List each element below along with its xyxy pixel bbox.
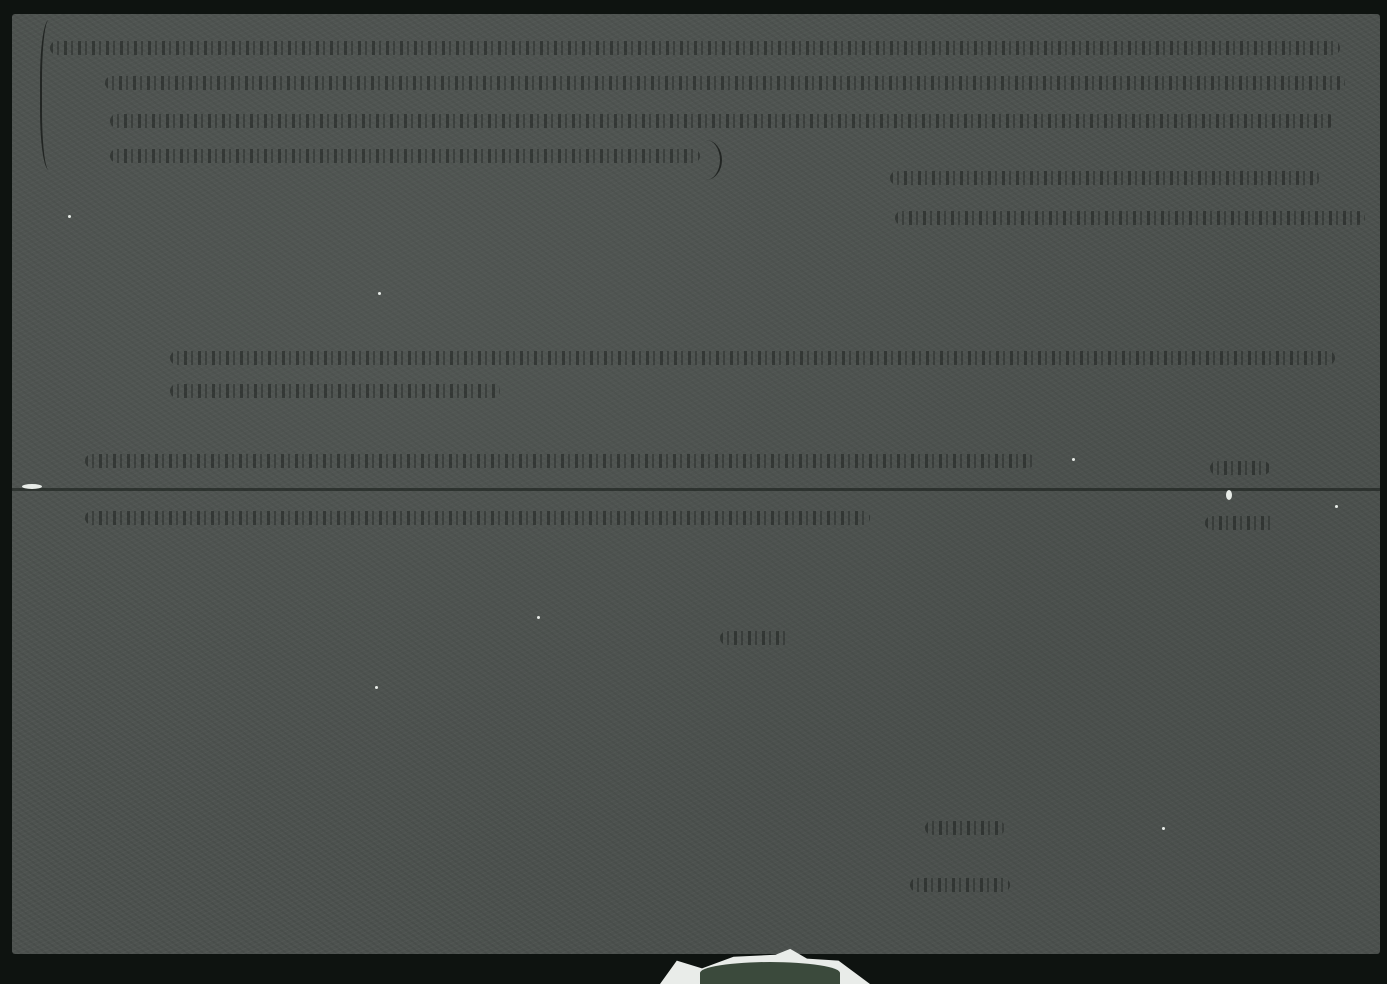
dust-speck	[1072, 458, 1075, 461]
handwritten-line-para-1: [handwritten line 3]	[110, 108, 1335, 134]
handwritten-line-faint-signature: [faint mark]	[720, 625, 790, 651]
dust-speck	[1162, 827, 1165, 830]
handwritten-line-faint-signature: [faint line]	[925, 815, 1005, 841]
light-spot	[22, 484, 42, 489]
handwritten-line-margin-marks: [marks]	[1210, 455, 1270, 481]
light-spot	[1226, 490, 1232, 500]
dust-speck	[1335, 505, 1338, 508]
dust-speck	[375, 686, 378, 689]
handwritten-line-para-1: [handwritten line 1]	[50, 35, 1340, 61]
handwritten-line-para-2: [handwritten line]	[170, 345, 1335, 371]
handwritten-line-para-1: [handwritten line 4]	[110, 143, 700, 169]
handwritten-line-para-2: [handwritten line]	[170, 378, 500, 404]
handwritten-line-right-note: [handwritten note line 1]	[890, 165, 1320, 191]
handwritten-line-para-4: [handwritten line]	[85, 505, 870, 531]
dust-speck	[68, 215, 71, 218]
fold-crease	[12, 488, 1380, 491]
handwritten-line-faint-signature: [faint line]	[910, 872, 1010, 898]
handwritten-line-para-3: [handwritten line]	[85, 448, 1035, 474]
handwritten-line-margin-marks: [marks]	[1205, 510, 1275, 536]
dust-speck	[378, 292, 381, 295]
handwritten-line-right-note: [handwritten note line 2]	[895, 205, 1365, 231]
dust-speck	[537, 616, 540, 619]
background-foliage	[700, 962, 840, 984]
handwritten-line-para-1: [handwritten line 2]	[105, 70, 1345, 96]
